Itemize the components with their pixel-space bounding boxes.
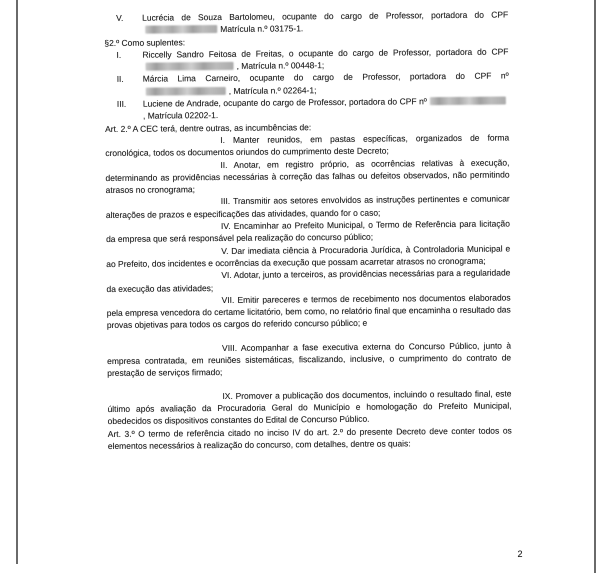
suplente-item-i-before: Riccelly Sandro Feitosa de Freitas, o oc… — [142, 46, 508, 59]
member-item-v-after: Matrícula n.º 03175-1. — [220, 24, 303, 35]
suplente-item-i-numeral: I. — [116, 49, 142, 62]
scanned-decree-page: { "top_item": { "numeral": "V.", "before… — [0, 0, 611, 573]
cpf-redaction — [430, 97, 506, 106]
clause-iii: III. Transmitir aos setores envolvidos a… — [106, 193, 510, 221]
member-item-v-numeral: V. — [116, 12, 142, 25]
scan-page-right-edge — [594, 0, 596, 573]
suplente-item-ii-after: , Matrícula n.º 02264-1; — [229, 85, 317, 96]
cpf-redaction — [146, 87, 226, 96]
suplente-item-iii: III. Luciene de Andrade, ocupante do car… — [105, 95, 509, 123]
clause-vi: VI. Adotar, junto a terceiros, as provid… — [106, 267, 510, 295]
clause-iv: IV. Encaminhar ao Prefeito Municipal, o … — [106, 218, 510, 246]
suplente-item-ii-text: Márcia Lima Carneiro, ocupante do cargo … — [143, 70, 509, 98]
document-body: V. Lucrécia de Souza Bartolomeu, ocupant… — [104, 8, 512, 452]
suplente-item-i: I. Riccelly Sandro Feitosa de Freitas, o… — [104, 45, 508, 73]
clause-v: V. Dar imediata ciência à Procuradoria J… — [106, 242, 510, 270]
clause-ix: IX. Promover a publicação dos documentos… — [107, 387, 511, 427]
scan-page-left-edge — [16, 0, 18, 564]
member-item-v: V. Lucrécia de Souza Bartolomeu, ocupant… — [104, 8, 508, 36]
suplentes-list: I. Riccelly Sandro Feitosa de Freitas, o… — [104, 45, 509, 122]
article3-paragraph: Art. 3.º O termo de referência citado no… — [108, 424, 512, 452]
suplente-item-iii-after: , Matrícula 02202-1. — [143, 110, 218, 121]
suplente-item-iii-before: Luciene de Andrade, ocupante do cargo de… — [143, 96, 427, 108]
clause-viii: VIII. Acompanhar a fase executiva extern… — [107, 339, 511, 379]
cpf-redaction — [146, 62, 234, 71]
clause-i: I. Manter reunidos, em pastas específica… — [105, 131, 509, 159]
clause-ii: II. Anotar, em registro próprio, as ocor… — [105, 156, 509, 196]
member-item-v-text: Lucrécia de Souza Bartolomeu, ocupante d… — [142, 8, 508, 36]
page-number: 2 — [505, 549, 535, 559]
suplente-item-iii-text: Luciene de Andrade, ocupante do cargo de… — [143, 95, 509, 123]
suplente-item-i-after: , Matrícula n.º 00448-1; — [237, 60, 325, 71]
member-item-v-before: Lucrécia de Souza Bartolomeu, ocupante d… — [142, 9, 508, 22]
suplente-item-ii: II. Márcia Lima Carneiro, ocupante do ca… — [105, 70, 509, 98]
suplente-item-iii-numeral: III. — [117, 98, 143, 111]
clause-vii: VII. Emitir pareceres e termos de recebi… — [107, 291, 511, 331]
suplente-item-ii-before: Márcia Lima Carneiro, ocupante do cargo … — [143, 71, 509, 84]
suplente-item-i-text: Riccelly Sandro Feitosa de Freitas, o oc… — [142, 45, 508, 73]
cpf-redaction — [145, 25, 217, 34]
suplente-item-ii-numeral: II. — [117, 73, 143, 86]
